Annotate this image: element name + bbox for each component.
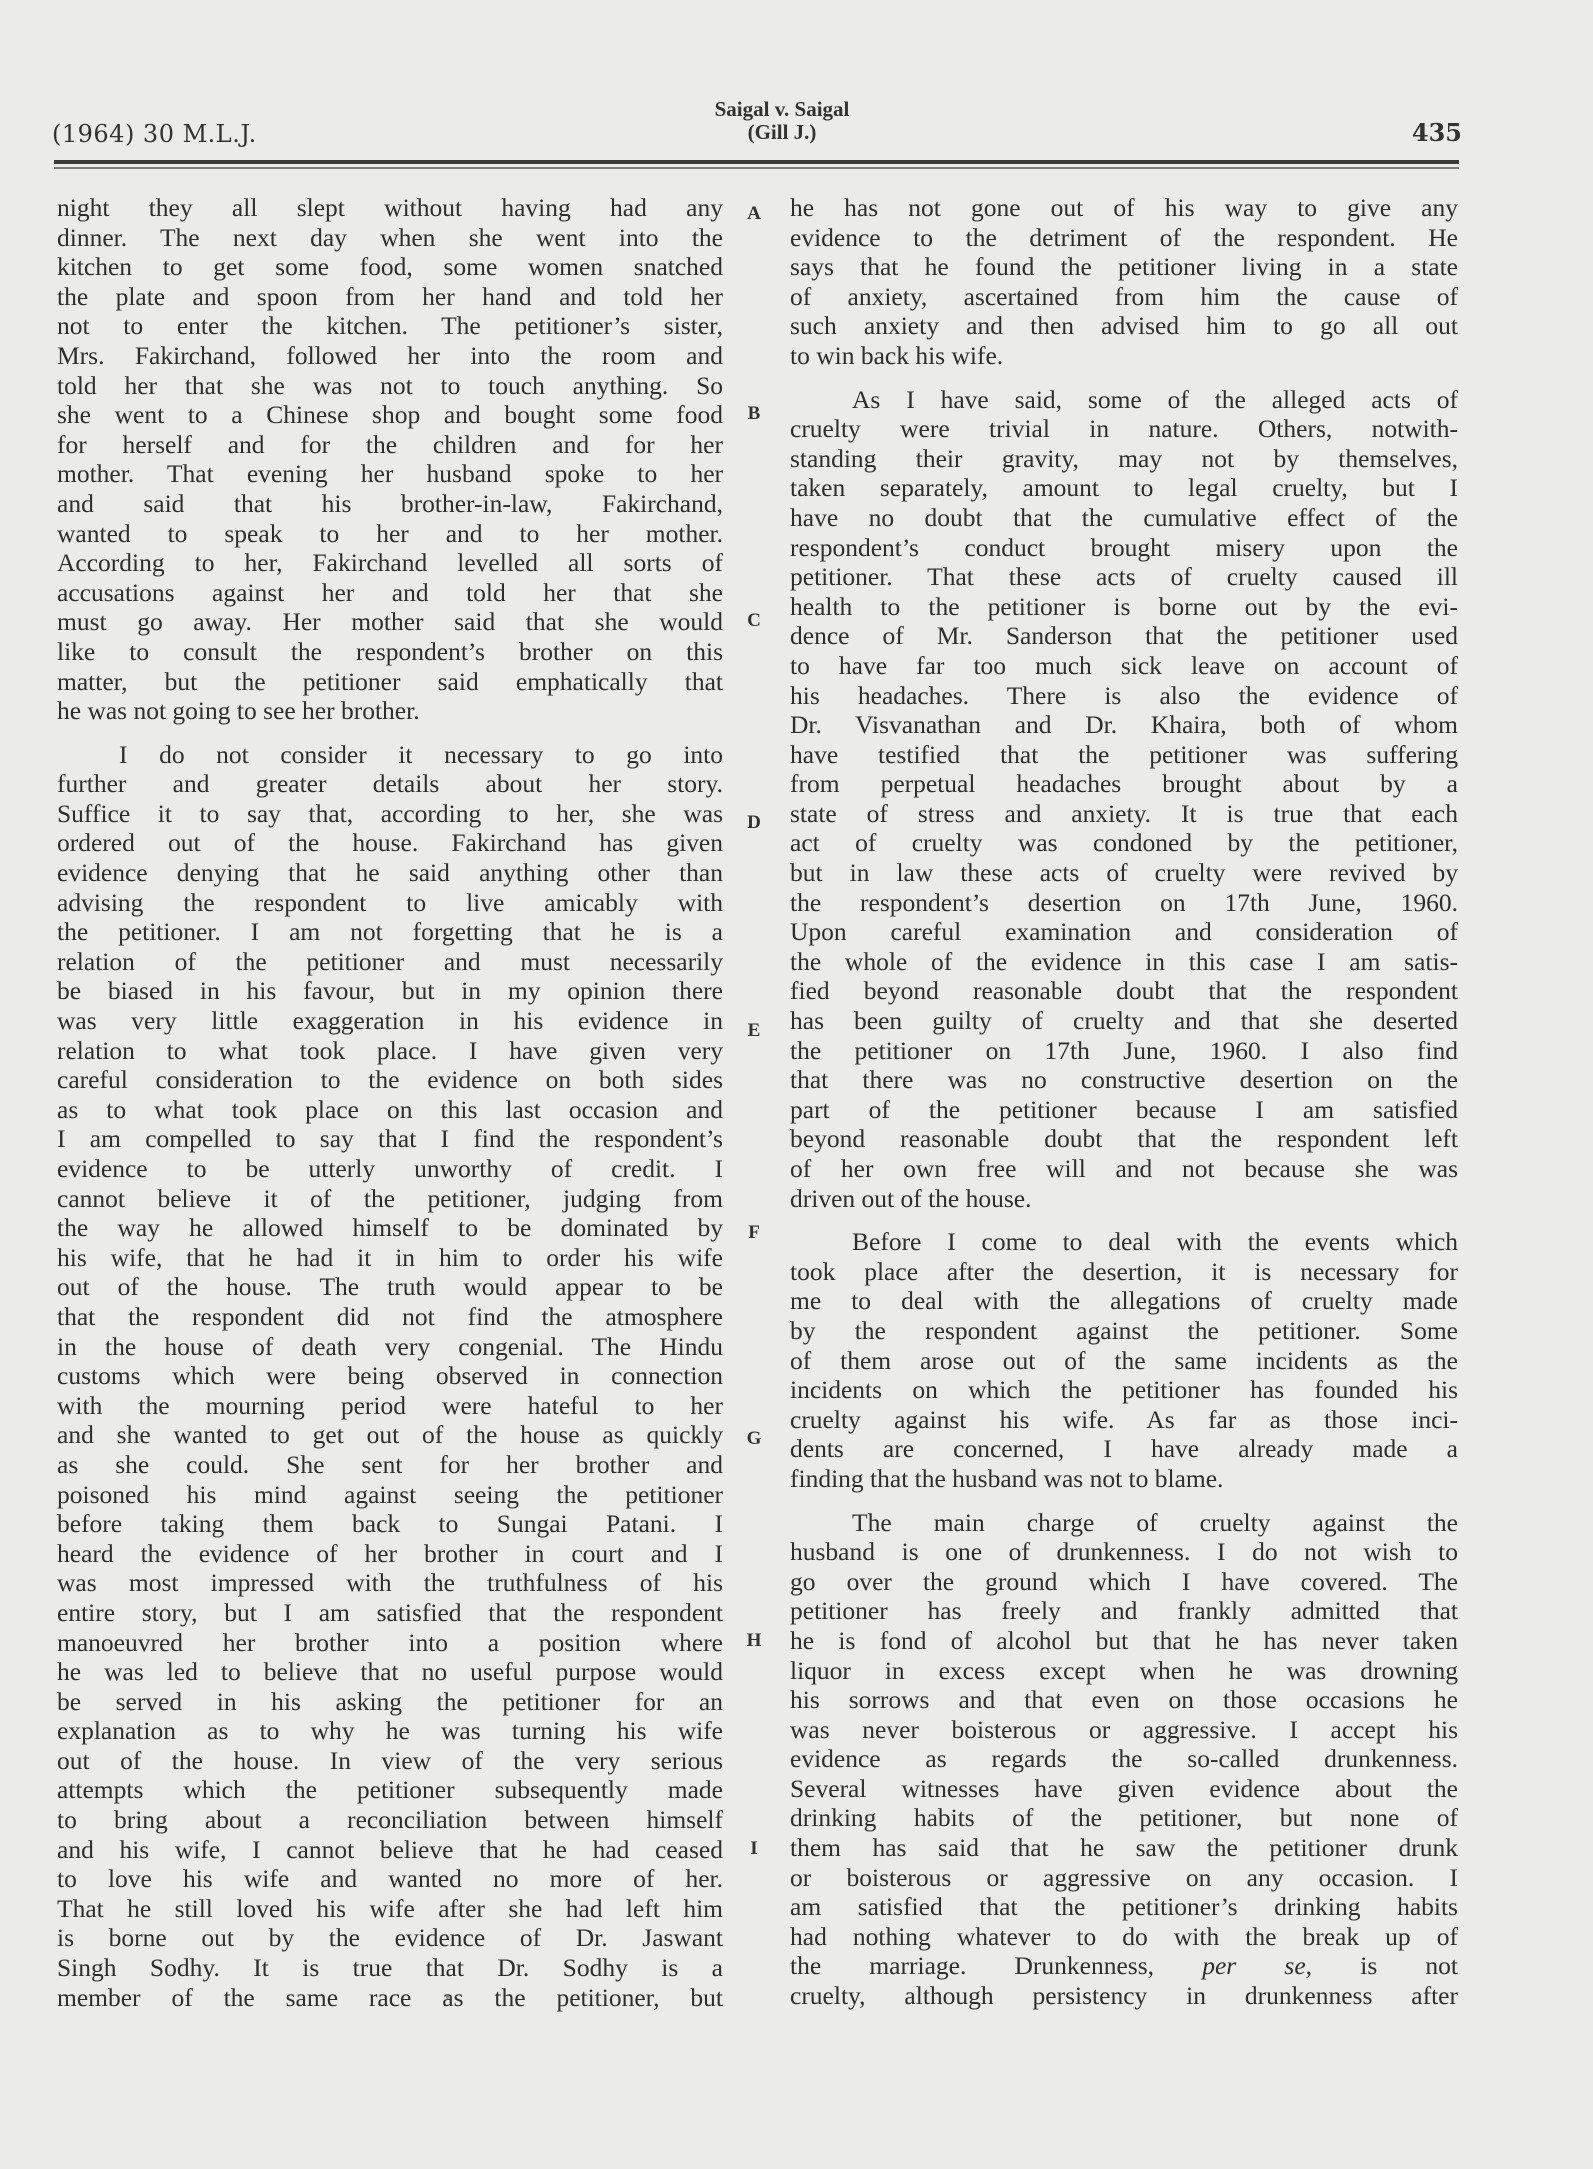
text-line: in the house of death very congenial. Th…: [57, 1332, 723, 1362]
italic-phrase: per se,: [1202, 1951, 1312, 1980]
text-line: member of the same race as the petitione…: [57, 1983, 723, 2013]
case-title: Saigal v. Saigal: [617, 98, 947, 121]
text-line: as to what took place on this last occas…: [57, 1095, 723, 1125]
text-line: by the respondent against the petitioner…: [790, 1316, 1458, 1346]
text-line: Dr. Visvanathan and Dr. Khaira, both of …: [790, 710, 1458, 740]
text-line: drinking habits of the petitioner, but n…: [790, 1803, 1458, 1833]
text-line: attempts which the petitioner subsequent…: [57, 1775, 723, 1805]
text-line: but in law these acts of cruelty were re…: [790, 858, 1458, 888]
text-line: manoeuvred her brother into a position w…: [57, 1628, 723, 1658]
text-line: not to enter the kitchen. The petitioner…: [57, 311, 723, 341]
text-line: kitchen to get some food, some women sna…: [57, 252, 723, 282]
text-line: she went to a Chinese shop and bought so…: [57, 400, 723, 430]
header-rule-thin: [54, 167, 1459, 169]
text-line: liquor in excess except when he was drow…: [790, 1656, 1458, 1686]
text-line: be biased in his favour, but in my opini…: [57, 976, 723, 1006]
text-line: or boisterous or aggressive on any occas…: [790, 1863, 1458, 1893]
text-line: have no doubt that the cumulative effect…: [790, 503, 1458, 533]
text-line: cannot believe it of the petitioner, jud…: [57, 1184, 723, 1214]
text-line: was never boisterous or aggressive. I ac…: [790, 1715, 1458, 1745]
text-line: customs which were being observed in con…: [57, 1361, 723, 1391]
text-line: cruelty against his wife. As far as thos…: [790, 1405, 1458, 1435]
text-line: with the mourning period were hateful to…: [57, 1391, 723, 1421]
text-line: petitioner. That these acts of cruelty c…: [790, 562, 1458, 592]
text-line: the respondent’s desertion on 17th June,…: [790, 888, 1458, 918]
text-line: dinner. The next day when she went into …: [57, 223, 723, 253]
text-line: Upon careful examination and considerati…: [790, 917, 1458, 947]
text-line: the petitioner on 17th June, 1960. I als…: [790, 1036, 1458, 1066]
text-line: as she could. She sent for her brother a…: [57, 1450, 723, 1480]
text-line: me to deal with the allegations of cruel…: [790, 1286, 1458, 1316]
text-line: like to consult the respondent’s brother…: [57, 637, 723, 667]
margin-letter-g: G: [742, 1428, 766, 1450]
text-line: beyond reasonable doubt that the respond…: [790, 1124, 1458, 1154]
paragraph-gap: [790, 1494, 1458, 1508]
right-text-column: he has not gone out of his way to give a…: [790, 193, 1458, 2011]
text-line: relation to what took place. I have give…: [57, 1036, 723, 1066]
paragraph: The main charge of cruelty against thehu…: [790, 1508, 1458, 2011]
text-line: have testified that the petitioner was s…: [790, 740, 1458, 770]
text-line: I am compelled to say that I find the re…: [57, 1124, 723, 1154]
text-line: was very little exaggeration in his evid…: [57, 1006, 723, 1036]
paragraph: As I have said, some of the alleged acts…: [790, 385, 1458, 1214]
paragraph: Before I come to deal with the events wh…: [790, 1227, 1458, 1493]
margin-letter-b: B: [742, 403, 766, 425]
text-line: his headaches. There is also the evidenc…: [790, 681, 1458, 711]
paper-speck: [446, 1995, 449, 1999]
text-line: for herself and for the children and for…: [57, 430, 723, 460]
paragraph-gap: [790, 1213, 1458, 1227]
text-line: says that he found the petitioner living…: [790, 252, 1458, 282]
text-line: dents are concerned, I have already made…: [790, 1434, 1458, 1464]
text-line: had nothing whatever to do with the brea…: [790, 1922, 1458, 1952]
text-line: state of stress and anxiety. It is true …: [790, 799, 1458, 829]
text-line: I do not consider it necessary to go int…: [57, 740, 723, 770]
text-line: taken separately, amount to legal cruelt…: [790, 473, 1458, 503]
text-line: evidence to be utterly unworthy of credi…: [57, 1154, 723, 1184]
text-line: As I have said, some of the alleged acts…: [790, 385, 1458, 415]
text-line: petitioner has freely and frankly admitt…: [790, 1596, 1458, 1626]
text-line: the way he allowed himself to be dominat…: [57, 1213, 723, 1243]
text-line: act of cruelty was condoned by the petit…: [790, 828, 1458, 858]
running-header: (1964) 30 M.L.J. Saigal v. Saigal (Gill …: [52, 98, 1462, 158]
text-line: the petitioner. I am not forgetting that…: [57, 917, 723, 947]
margin-letter-f: F: [742, 1222, 766, 1244]
document-page: (1964) 30 M.L.J. Saigal v. Saigal (Gill …: [0, 0, 1593, 2169]
text-line: them has said that he saw the petitioner…: [790, 1833, 1458, 1863]
text-line: explanation as to why he was turning his…: [57, 1716, 723, 1746]
text-line: and she wanted to get out of the house a…: [57, 1420, 723, 1450]
text-line: must go away. Her mother said that she w…: [57, 607, 723, 637]
journal-citation: (1964) 30 M.L.J.: [52, 120, 257, 148]
text-line: evidence to the detriment of the respond…: [790, 223, 1458, 253]
text-line: to bring about a reconciliation between …: [57, 1805, 723, 1835]
text-line: of her own free will and not because she…: [790, 1154, 1458, 1184]
text-line: entire story, but I am satisfied that th…: [57, 1598, 723, 1628]
text-line: finding that the husband was not to blam…: [790, 1464, 1458, 1494]
text-line: Mrs. Fakirchand, followed her into the r…: [57, 341, 723, 371]
text-line: that the respondent did not find the atm…: [57, 1302, 723, 1332]
text-line: evidence as regards the so-called drunke…: [790, 1744, 1458, 1774]
text-line: The main charge of cruelty against the: [790, 1508, 1458, 1538]
text-line: of them arose out of the same incidents …: [790, 1346, 1458, 1376]
paragraph: he has not gone out of his way to give a…: [790, 193, 1458, 371]
margin-letter-i: I: [742, 1838, 766, 1860]
text-line: accusations against her and told her tha…: [57, 578, 723, 608]
text-line: was most impressed with the truthfulness…: [57, 1568, 723, 1598]
text-line: fied beyond reasonable doubt that the re…: [790, 976, 1458, 1006]
text-line: driven out of the house.: [790, 1184, 1458, 1214]
margin-letter-d: D: [742, 812, 766, 834]
page-number: 435: [1412, 118, 1462, 147]
text-line: his wife, that he had it in him to order…: [57, 1243, 723, 1273]
text-line: According to her, Fakirchand levelled al…: [57, 548, 723, 578]
paragraph: I do not consider it necessary to go int…: [57, 740, 723, 2013]
text-line: night they all slept without having had …: [57, 193, 723, 223]
text-line: the marriage. Drunkenness, per se, is no…: [790, 1951, 1458, 1981]
text-line: go over the ground which I have covered.…: [790, 1567, 1458, 1597]
text-line: husband is one of drunkenness. I do not …: [790, 1537, 1458, 1567]
text-line: relation of the petitioner and must nece…: [57, 947, 723, 977]
text-line: am satisfied that the petitioner’s drink…: [790, 1892, 1458, 1922]
case-heading: Saigal v. Saigal (Gill J.): [617, 98, 947, 144]
text-line: cruelty, although persistency in drunken…: [790, 1981, 1458, 2011]
margin-letter-e: E: [742, 1020, 766, 1042]
paragraph-gap: [57, 726, 723, 740]
text-line: be served in his asking the petitioner f…: [57, 1687, 723, 1717]
text-line: to have far too much sick leave on accou…: [790, 651, 1458, 681]
text-line: standing their gravity, may not by thems…: [790, 444, 1458, 474]
text-line: respondent’s conduct brought misery upon…: [790, 533, 1458, 563]
text-line: and said that his brother-in-law, Fakirc…: [57, 489, 723, 519]
margin-letter-h: H: [742, 1630, 766, 1652]
text-line: is borne out by the evidence of Dr. Jasw…: [57, 1923, 723, 1953]
text-line: incidents on which the petitioner has fo…: [790, 1375, 1458, 1405]
text-line: health to the petitioner is borne out by…: [790, 592, 1458, 622]
text-line: of anxiety, ascertained from him the cau…: [790, 282, 1458, 312]
text-line: out of the house. The truth would appear…: [57, 1272, 723, 1302]
text-line: Before I come to deal with the events wh…: [790, 1227, 1458, 1257]
text-line: careful consideration to the evidence on…: [57, 1065, 723, 1095]
text-line: Suffice it to say that, according to her…: [57, 799, 723, 829]
text-line: took place after the desertion, it is ne…: [790, 1257, 1458, 1287]
text-line: his sorrows and that even on those occas…: [790, 1685, 1458, 1715]
text-line: from perpetual headaches brought about b…: [790, 769, 1458, 799]
text-line: part of the petitioner because I am sati…: [790, 1095, 1458, 1125]
paragraph: night they all slept without having had …: [57, 193, 723, 726]
text-line: told her that she was not to touch anyth…: [57, 371, 723, 401]
judge-name: (Gill J.): [617, 121, 947, 144]
text-line: heard the evidence of her brother in cou…: [57, 1539, 723, 1569]
text-line: ordered out of the house. Fakirchand has…: [57, 828, 723, 858]
text-line: that there was no constructive desertion…: [790, 1065, 1458, 1095]
text-line: has been guilty of cruelty and that she …: [790, 1006, 1458, 1036]
text-line: out of the house. In view of the very se…: [57, 1746, 723, 1776]
text-line: evidence denying that he said anything o…: [57, 858, 723, 888]
text-line: such anxiety and then advised him to go …: [790, 311, 1458, 341]
text-line: That he still loved his wife after she h…: [57, 1894, 723, 1924]
text-line: the plate and spoon from her hand and to…: [57, 282, 723, 312]
text-line: he was not going to see her brother.: [57, 696, 723, 726]
text-line: wanted to speak to her and to her mother…: [57, 519, 723, 549]
text-line: to win back his wife.: [790, 341, 1458, 371]
text-line: Singh Sodhy. It is true that Dr. Sodhy i…: [57, 1953, 723, 1983]
text-line: matter, but the petitioner said emphatic…: [57, 667, 723, 697]
margin-letter-a: A: [742, 203, 766, 225]
text-line: further and greater details about her st…: [57, 769, 723, 799]
text-line: he is fond of alcohol but that he has ne…: [790, 1626, 1458, 1656]
text-line: he has not gone out of his way to give a…: [790, 193, 1458, 223]
paragraph-gap: [790, 371, 1458, 385]
text-line: advising the respondent to live amicably…: [57, 888, 723, 918]
header-rule-thick: [54, 160, 1459, 164]
text-line: poisoned his mind against seeing the pet…: [57, 1480, 723, 1510]
margin-letter-c: C: [742, 610, 766, 632]
left-text-column: night they all slept without having had …: [57, 193, 723, 2012]
text-line: Several witnesses have given evidence ab…: [790, 1774, 1458, 1804]
text-line: the whole of the evidence in this case I…: [790, 947, 1458, 977]
text-line: he was led to believe that no useful pur…: [57, 1657, 723, 1687]
text-line: and his wife, I cannot believe that he h…: [57, 1835, 723, 1865]
text-line: cruelty were trivial in nature. Others, …: [790, 414, 1458, 444]
text-line: before taking them back to Sungai Patani…: [57, 1509, 723, 1539]
text-line: mother. That evening her husband spoke t…: [57, 459, 723, 489]
text-line: to love his wife and wanted no more of h…: [57, 1864, 723, 1894]
text-line: dence of Mr. Sanderson that the petition…: [790, 621, 1458, 651]
